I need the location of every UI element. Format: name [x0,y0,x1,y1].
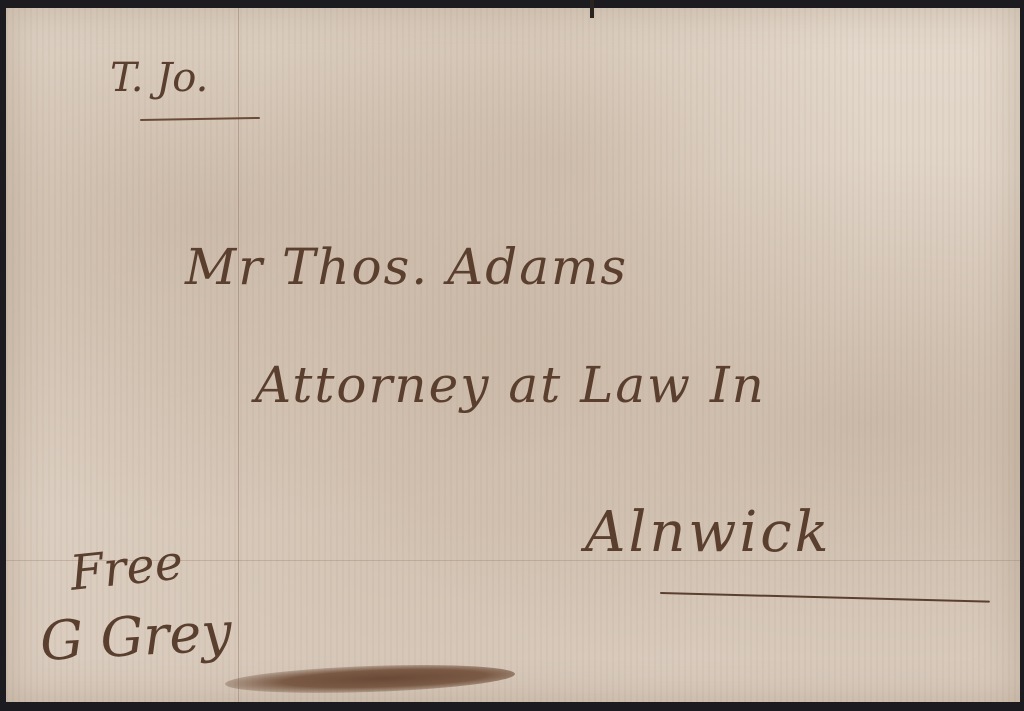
frank-signature: G Grey [38,600,233,673]
address-town: Alnwick [585,500,832,565]
address-occupation: Attorney at Law In [255,356,766,414]
address-recipient: Mr Thos. Adams [185,238,628,296]
paper-tear [590,0,594,18]
fold-crease [238,8,239,702]
frank-free: Free [67,534,185,602]
docket-note: T. Jo. [110,55,208,101]
